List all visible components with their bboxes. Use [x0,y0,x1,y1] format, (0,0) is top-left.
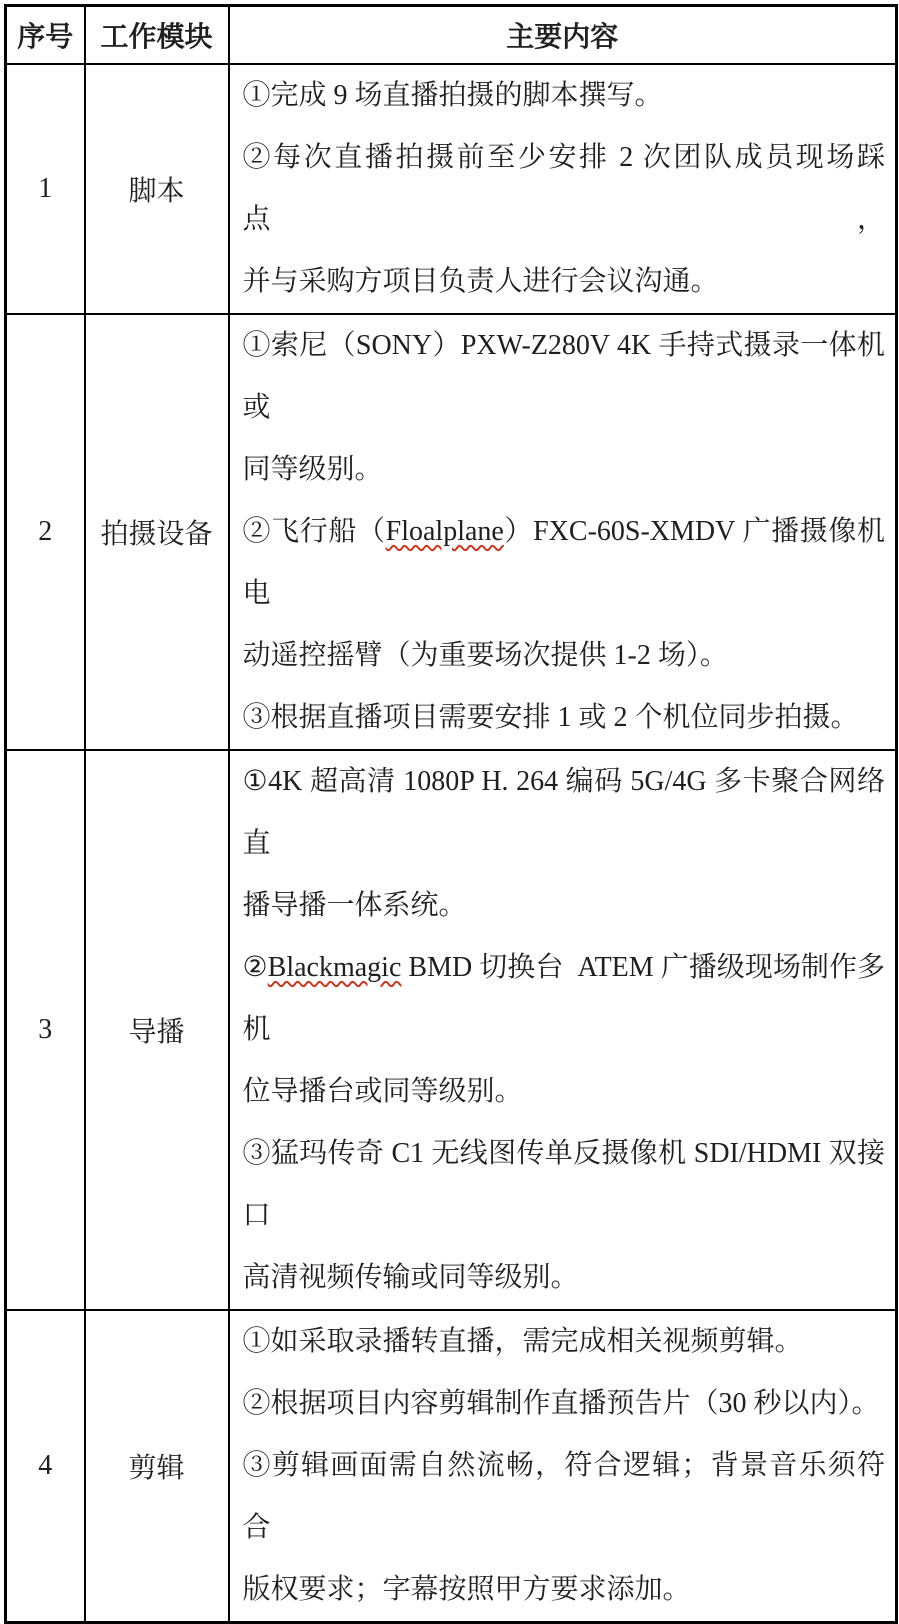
text-segment: ②每次直播拍摄前至少安排 2 次团队成员现场踩点， [243,142,886,235]
text-segment: 版权要求；字幕按照甲方要求添加。 [243,1574,691,1605]
content-line: ②Blackmagic BMD 切换台 ATEM 广播级现场制作多机 [243,937,886,1061]
content-line: 位导播台或同等级别。 [243,1061,886,1123]
text-segment: ①如采取录播转直播，需完成相关视频剪辑。 [243,1326,803,1357]
content-line: 播导播一体系统。 [243,875,886,937]
table-row: 1 脚本 ①完成 9 场直播拍摄的脚本撰写。②每次直播拍摄前至少安排 2 次团队… [6,64,897,314]
content-line: ①索尼（SONY）PXW-Z280V 4K 手持式摄录一体机或 [243,315,886,439]
content-lines: ①如采取录播转直播，需完成相关视频剪辑。②根据项目内容剪辑制作直播预告片（30 … [243,1311,886,1621]
text-segment: 位导播台或同等级别。 [243,1076,523,1107]
content-line: ②根据项目内容剪辑制作直播预告片（30 秒以内）。 [243,1373,886,1435]
text-segment: ①索尼（SONY）PXW-Z280V 4K 手持式摄录一体机或 [243,330,886,423]
content-line: ③剪辑画面需自然流畅，符合逻辑；背景音乐须符合 [243,1435,886,1559]
text-segment: ③根据直播项目需要安排 1 或 2 个机位同步拍摄。 [243,702,859,733]
text-segment: ②根据项目内容剪辑制作直播预告片（30 秒以内）。 [243,1388,880,1419]
text-segment: 动遥控摇臂（为重要场次提供 1-2 场）。 [243,640,728,671]
row-number-cell: 4 [6,1310,85,1623]
content-line: ③猛玛传奇 C1 无线图传单反摄像机 SDI/HDMI 双接口 [243,1123,886,1247]
table-row: 2 拍摄设备 ①索尼（SONY）PXW-Z280V 4K 手持式摄录一体机或同等… [6,314,897,750]
module-name-cell: 导播 [85,750,229,1310]
content-line: 动遥控摇臂（为重要场次提供 1-2 场）。 [243,625,886,687]
row-number-cell: 2 [6,314,85,750]
content-line: ②飞行船（Floalplane）FXC-60S-XMDV 广播摄像机电 [243,501,886,625]
main-content-cell: ①索尼（SONY）PXW-Z280V 4K 手持式摄录一体机或同等级别。②飞行船… [229,314,897,750]
row-number-cell: 1 [6,64,85,314]
misspelled-word: Floalplane [386,516,504,547]
text-segment: ②飞行船（ [243,516,386,547]
content-line: ①4K 超高清 1080P H. 264 编码 5G/4G 多卡聚合网络直 [243,751,886,875]
content-lines: ①完成 9 场直播拍摄的脚本撰写。②每次直播拍摄前至少安排 2 次团队成员现场踩… [243,65,886,313]
content-lines: ①4K 超高清 1080P H. 264 编码 5G/4G 多卡聚合网络直播导播… [243,751,886,1309]
header-serial-number: 序号 [6,6,85,64]
text-segment: ③猛玛传奇 C1 无线图传单反摄像机 SDI/HDMI 双接口 [243,1138,886,1231]
document-page: 序号 工作模块 主要内容 1 脚本 ①完成 9 场直播拍摄的脚本撰写。②每次直播… [0,0,899,1208]
row-number-cell: 3 [6,750,85,1310]
misspelled-word: Blackmagic [268,952,402,983]
text-segment: 高清视频传输或同等级别。 [243,1262,579,1293]
table-header-row: 序号 工作模块 主要内容 [6,6,897,64]
content-line: 版权要求；字幕按照甲方要求添加。 [243,1559,886,1621]
text-segment: ①完成 9 场直播拍摄的脚本撰写。 [243,80,663,111]
table-row: 3 导播 ①4K 超高清 1080P H. 264 编码 5G/4G 多卡聚合网… [6,750,897,1310]
content-line: ①完成 9 场直播拍摄的脚本撰写。 [243,65,886,127]
main-content-cell: ①完成 9 场直播拍摄的脚本撰写。②每次直播拍摄前至少安排 2 次团队成员现场踩… [229,64,897,314]
header-main-content: 主要内容 [229,6,897,64]
module-name-cell: 脚本 [85,64,229,314]
module-name-cell: 剪辑 [85,1310,229,1623]
content-line: 并与采购方项目负责人进行会议沟通。 [243,251,886,313]
content-line: ②每次直播拍摄前至少安排 2 次团队成员现场踩点， [243,127,886,251]
module-name-cell: 拍摄设备 [85,314,229,750]
work-modules-table: 序号 工作模块 主要内容 1 脚本 ①完成 9 场直播拍摄的脚本撰写。②每次直播… [4,4,898,1624]
text-segment: 播导播一体系统。 [243,890,467,921]
table-row: 4 剪辑 ①如采取录播转直播，需完成相关视频剪辑。②根据项目内容剪辑制作直播预告… [6,1310,897,1623]
content-lines: ①索尼（SONY）PXW-Z280V 4K 手持式摄录一体机或同等级别。②飞行船… [243,315,886,749]
text-segment: 同等级别。 [243,454,383,485]
table-body: 1 脚本 ①完成 9 场直播拍摄的脚本撰写。②每次直播拍摄前至少安排 2 次团队… [6,64,897,1623]
main-content-cell: ①如采取录播转直播，需完成相关视频剪辑。②根据项目内容剪辑制作直播预告片（30 … [229,1310,897,1623]
content-line: 高清视频传输或同等级别。 [243,1247,886,1309]
content-line: ③根据直播项目需要安排 1 或 2 个机位同步拍摄。 [243,687,886,749]
main-content-cell: ①4K 超高清 1080P H. 264 编码 5G/4G 多卡聚合网络直播导播… [229,750,897,1310]
text-segment: 并与采购方项目负责人进行会议沟通。 [243,266,719,297]
content-line: ①如采取录播转直播，需完成相关视频剪辑。 [243,1311,886,1373]
text-segment: ② [243,952,268,983]
text-segment: ③剪辑画面需自然流畅，符合逻辑；背景音乐须符合 [243,1450,886,1543]
header-work-module: 工作模块 [85,6,229,64]
text-segment: ①4K 超高清 1080P H. 264 编码 5G/4G 多卡聚合网络直 [243,766,886,859]
content-line: 同等级别。 [243,439,886,501]
